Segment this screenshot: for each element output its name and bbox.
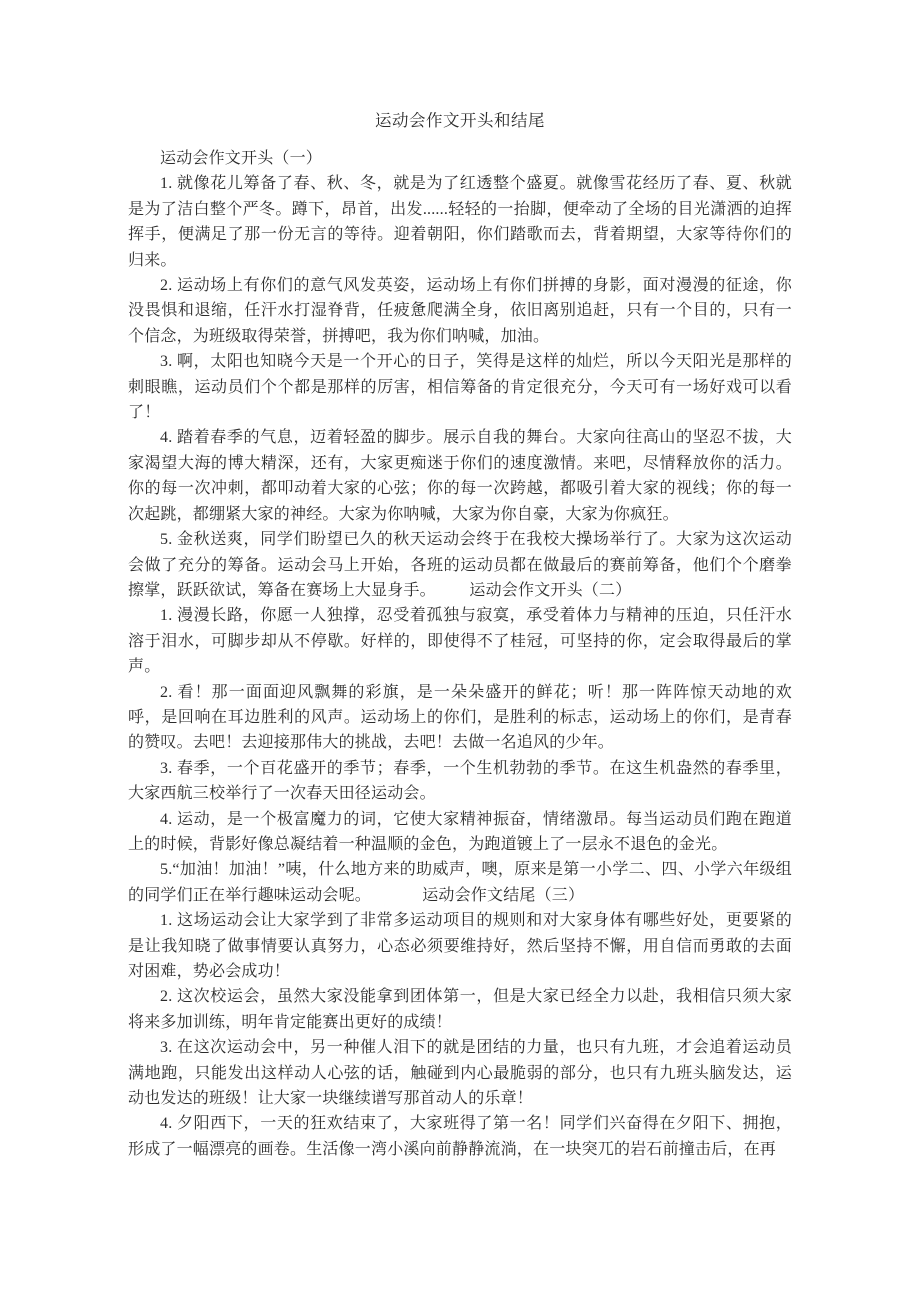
- paragraph: 3. 啊，太阳也知晓今天是一个开心的日子，笑得是这样的灿烂，所以今天阳光是那样的…: [128, 349, 792, 425]
- section-1-heading: 运动会作文开头（一）: [128, 146, 792, 171]
- section-2-heading: 运动会作文开头（二）: [469, 582, 631, 599]
- paragraph: 2. 这次校运会，虽然大家没能拿到团体第一，但是大家已经全力以赴，我相信只须大家…: [128, 984, 792, 1035]
- paragraph: 1. 这场运动会让大家学到了非常多运动项目的规则和对大家身体有哪些好处，更要紧的…: [128, 908, 792, 984]
- document-page: 运动会作文开头和结尾 运动会作文开头（一） 1. 就像花儿筹备了春、秋、冬，就是…: [0, 0, 920, 1302]
- section-3-heading: 运动会作文结尾（三）: [422, 887, 584, 904]
- paragraph: 2. 看！那一面面迎风飘舞的彩旗，是一朵朵盛开的鲜花；听！那一阵阵惊天动地的欢呼…: [128, 680, 792, 756]
- paragraph: 3. 在这次运动会中，另一种催人泪下的就是团结的力量，也只有九班，才会追着运动员…: [128, 1035, 792, 1111]
- paragraph-text: 5. 金秋送爽，同学们盼望已久的秋天运动会终于在我校大操场举行了。大家为这次运动…: [128, 531, 792, 599]
- paragraph: 5.“加油！加油！”咦，什么地方来的助威声，噢，原来是第一小学二、四、小学六年级…: [128, 857, 792, 908]
- paragraph: 2. 运动场上有你们的意气风发英姿，运动场上有你们拼搏的身影，面对漫漫的征途，你…: [128, 273, 792, 349]
- document-title: 运动会作文开头和结尾: [128, 108, 792, 133]
- paragraph: 4. 踏着春季的气息，迈着轻盈的脚步。展示自我的舞台。大家向往高山的坚忍不拔，大…: [128, 425, 792, 527]
- paragraph: 4. 运动，是一个极富魔力的词，它使大家精神振奋，情绪激昂。每当运动员们跑在跑道…: [128, 807, 792, 858]
- paragraph: 4. 夕阳西下，一天的狂欢结束了，大家班得了第一名！同学们兴奋得在夕阳下、拥抱，…: [128, 1111, 792, 1162]
- paragraph: 5. 金秋送爽，同学们盼望已久的秋天运动会终于在我校大操场举行了。大家为这次运动…: [128, 527, 792, 603]
- paragraph: 1. 漫漫长路，你愿一人独撑，忍受着孤独与寂寞，承受着体力与精神的压迫，只任汗水…: [128, 603, 792, 679]
- paragraph: 1. 就像花儿筹备了春、秋、冬，就是为了红透整个盛夏。就像雪花经历了春、夏、秋就…: [128, 171, 792, 273]
- paragraph: 3. 春季，一个百花盛开的季节；春季，一个生机勃勃的季节。在这生机盎然的春季里，…: [128, 756, 792, 807]
